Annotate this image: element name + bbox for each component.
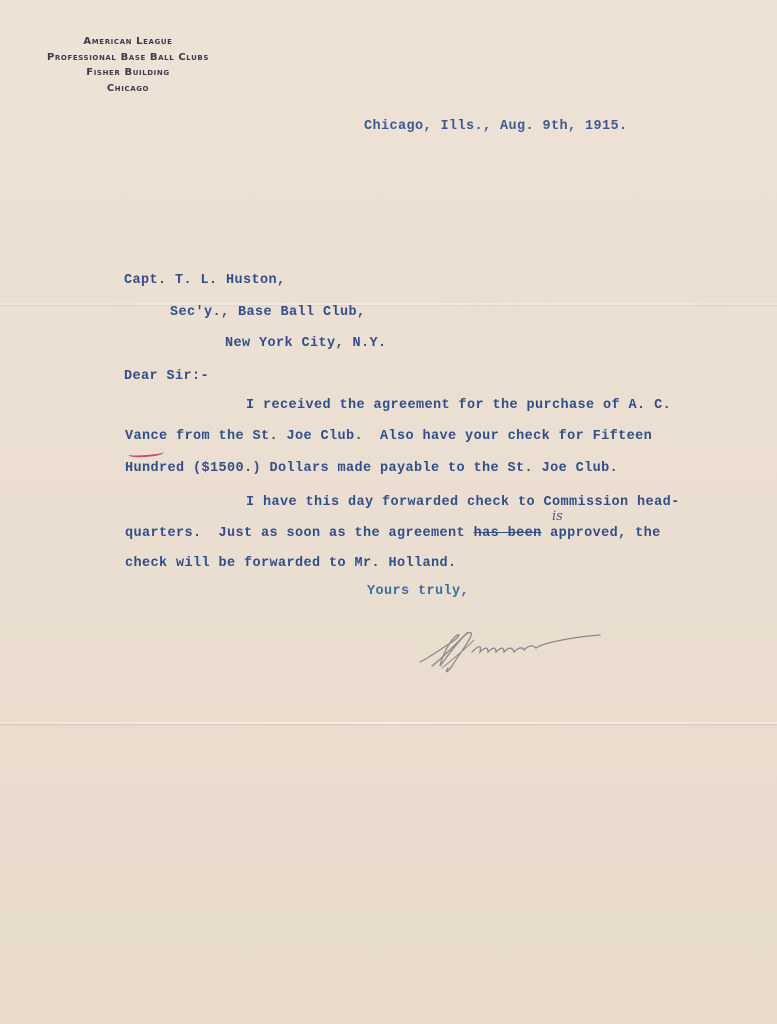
recipient-city: New York City, N.Y. — [225, 336, 387, 351]
letterhead: American League Professional Base Ball C… — [28, 34, 228, 96]
paper-fold-line — [0, 303, 777, 305]
closing: Yours truly, — [367, 584, 469, 599]
letter-paper — [0, 0, 777, 1024]
recipient-name: Capt. T. L. Huston, — [124, 273, 286, 288]
body-line: I have this day forwarded check to Commi… — [246, 495, 680, 510]
body-line: quarters. Just as soon as the agreement … — [125, 526, 661, 541]
body-text: approved, the — [542, 526, 661, 541]
body-text: from the St. Joe Club. Also have your ch… — [168, 429, 653, 444]
salutation: Dear Sir:- — [124, 369, 209, 384]
letterhead-line: Fisher Building — [28, 65, 228, 81]
paper-fold-line — [0, 722, 777, 724]
underlined-name: Vance — [125, 429, 168, 444]
body-line: I received the agreement for the purchas… — [246, 398, 671, 413]
body-line: check will be forwarded to Mr. Holland. — [125, 556, 457, 571]
signature-icon — [412, 622, 612, 682]
body-line: Hundred ($1500.) Dollars made payable to… — [125, 461, 618, 476]
letterhead-line: Professional Base Ball Clubs — [28, 50, 228, 66]
body-text: quarters. Just as soon as the agreement — [125, 526, 474, 541]
date-line: Chicago, Ills., Aug. 9th, 1915. — [364, 119, 628, 134]
body-line: Vance from the St. Joe Club. Also have y… — [125, 429, 652, 444]
letterhead-line: Chicago — [28, 81, 228, 97]
recipient-title: Sec'y., Base Ball Club, — [170, 305, 366, 320]
handwritten-correction: is — [552, 509, 563, 524]
struck-text: has been — [474, 526, 542, 541]
letterhead-line: American League — [28, 34, 228, 50]
